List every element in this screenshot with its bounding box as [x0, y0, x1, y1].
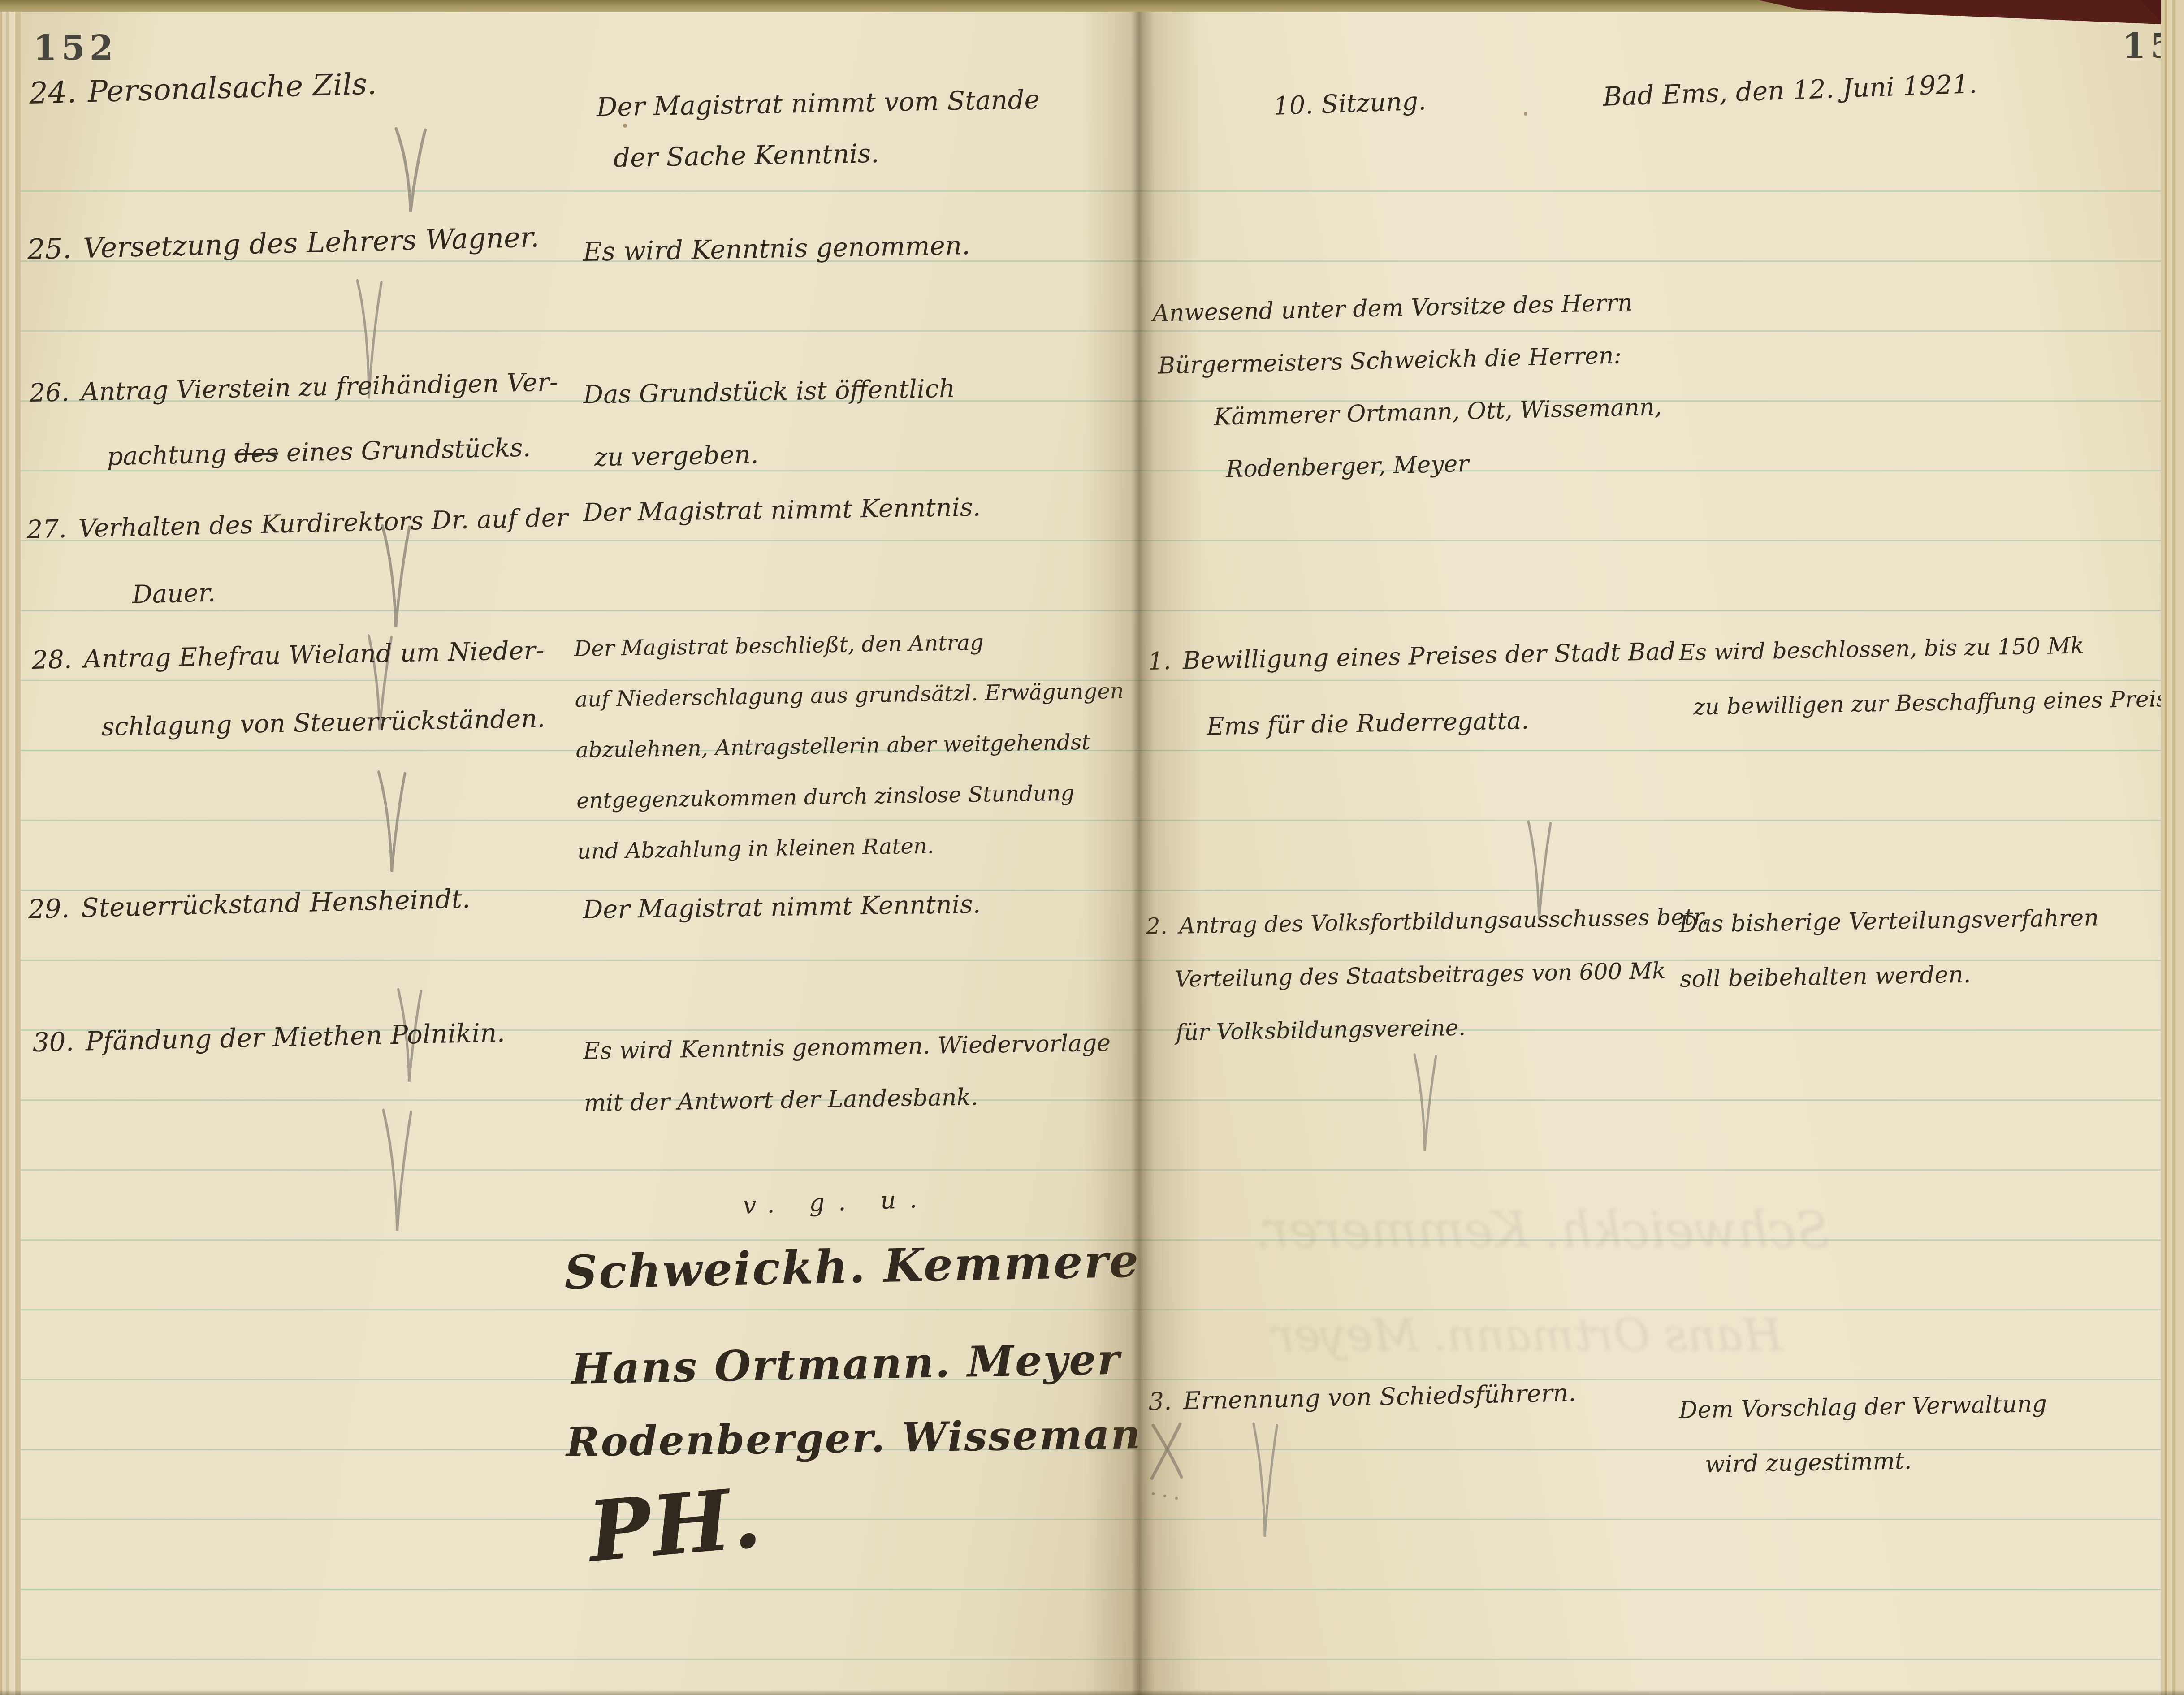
pencil-checkmark [393, 120, 428, 219]
agenda-item-27-topic: 27.Verhalten des Kurdirektors Dr. auf de… [26, 484, 571, 631]
agenda-item-1-topic: 1.Bewilligung eines Preises der Stadt Ba… [1147, 618, 1678, 761]
resolution-line: mit der Antwort der Landesbank. [584, 1069, 1112, 1129]
item-number: 28. [32, 645, 72, 675]
item-number: 3. [1148, 1387, 1172, 1416]
pencil-checkmark [1411, 1046, 1439, 1161]
topic-line: Verteilung des Staatsbeitrages von 600 M… [1174, 943, 1710, 1006]
resolution-line: Es wird beschlossen, bis zu 150 Mk [1678, 616, 2184, 680]
agenda-item-30-topic: 30.Pfändung der Miethen Polnikin. [32, 1017, 505, 1058]
page-stack-edge-left [0, 0, 21, 1695]
resolution-line: und Abzahlung in kleinen Raten. [577, 818, 1127, 877]
resolution-line: entgegenzukommen durch zinslose Stundung [576, 767, 1126, 826]
item-number: 1. [1148, 647, 1172, 675]
agenda-item-26-resolution: Das Grundstück ist öffentlich zu vergebe… [583, 358, 957, 489]
topic-line: Verhalten des Kurdirektors Dr. auf der [78, 503, 568, 544]
signature-row-1: Schweickh. Kemmerer. [564, 1233, 1179, 1300]
ink-bleedthrough: Schweickh. Kemmerer. [1255, 1201, 1829, 1258]
resolution-line: zu vergeben. [593, 420, 956, 489]
topic-line: Personalsache Zils. [87, 66, 377, 109]
item-number: 25. [27, 232, 72, 266]
resolution-line: Der Magistrat nimmt Kenntnis. [583, 493, 981, 528]
struck-word: des [234, 438, 279, 468]
topic-line: Pfändung der Miethen Polnikin. [85, 1017, 505, 1057]
agenda-item-24-resolution: Der Magistrat nimmt vom Stande der Sache… [596, 74, 1041, 184]
topic-line: Versetzung des Lehrers Wagner. [83, 221, 540, 264]
resolution-line: Dem Vorschlag der Verwaltung [1678, 1377, 2047, 1438]
resolution-line: Der Magistrat nimmt Kenntnis. [583, 890, 981, 925]
pencil-checkmark [376, 762, 407, 881]
agenda-item-30-resolution: Es wird Kenntnis genommen. Wiedervorlage… [583, 1017, 1112, 1129]
resolution-line: der Sache Kenntnis. [613, 125, 1041, 184]
paper-speck [623, 124, 627, 128]
agenda-item-29-resolution: Der Magistrat nimmt Kenntnis. [583, 890, 981, 925]
topic-line: schlagung von Steuerrückständen. [101, 685, 546, 761]
attendance-line: Rodenberger, Meyer [1225, 433, 1664, 496]
agenda-item-2-resolution: Das bisherige Verteilungsverfahren soll … [1678, 891, 2100, 1007]
agenda-item-25-resolution: Es wird Kenntnis genommen. [583, 230, 970, 267]
resolution-line: auf Niederschlagung aus grundsätzl. Erwä… [575, 666, 1124, 725]
resolution-line: Es wird Kenntnis genommen. [583, 230, 970, 267]
resolution-line: Das Grundstück ist öffentlich [583, 358, 956, 427]
item-number: 29. [28, 893, 70, 925]
signature-row-3: Rodenberger. Wissemann [566, 1410, 1172, 1466]
resolution-line: Der Magistrat beschließt, den Antrag [574, 615, 1124, 675]
ledger-spread: 152 24.Personalsache Zils. Der Magistrat… [0, 0, 2184, 1695]
item-number: 26. [29, 378, 69, 408]
agenda-item-24-topic: 24.Personalsache Zils. [29, 66, 377, 111]
item-number: 27. [26, 515, 67, 545]
agenda-item-1-resolution: Es wird beschlossen, bis zu 150 Mk zu be… [1678, 616, 2184, 735]
page-number-left: 152 [33, 28, 118, 68]
agenda-item-26-topic: 26.Antrag Vierstein zu freihändigen Ver-… [29, 350, 560, 491]
item-number: 30. [32, 1026, 74, 1058]
page-153: 153 10. Sitzung. Bad Ems, den 12. Juni 1… [1138, 0, 2161, 1695]
attendance-block: Anwesend unter dem Vorsitze des Herrn Bü… [1152, 276, 1664, 497]
page-stack-fore-edge [2161, 0, 2184, 1695]
pencil-cross-icon [1146, 1418, 1187, 1481]
signature-row-2: Hans Ortmann. Meyer [571, 1335, 1121, 1394]
resolution-line: Es wird Kenntnis genommen. Wiedervorlage [583, 1017, 1111, 1077]
pencil-dots [1152, 1492, 1155, 1495]
agenda-item-3-resolution: Dem Vorschlag der Verwaltung wird zugest… [1678, 1377, 2048, 1492]
topic-line: Antrag des Volksfortbildungsausschusses … [1179, 904, 1708, 939]
paper-speck [1524, 112, 1527, 116]
resolution-line: wird zugestimmt. [1704, 1431, 2048, 1492]
resolution-line: zu bewilligen zur Beschaffung eines Prei… [1693, 671, 2184, 735]
page-152: 152 24.Personalsache Zils. Der Magistrat… [21, 0, 1138, 1695]
paper-speck [921, 692, 925, 696]
agenda-item-29-topic: 29.Steuerrückstand Hensheindt. [28, 883, 471, 925]
signature-paraph: PH. [584, 1468, 766, 1581]
resolution-line: abzulehnen, Antragstellerin aber weitgeh… [575, 717, 1125, 776]
agenda-item-2-topic: 2.Antrag des Volksfortbildungsausschusse… [1146, 890, 1711, 1060]
topic-line: Bewilligung eines Preises der Stadt Bad [1182, 637, 1676, 675]
pencil-checkmark [380, 1098, 413, 1241]
item-number: 2. [1146, 913, 1168, 939]
topic-line: Ernennung von Schiedsführern. [1183, 1379, 1577, 1415]
session-title: 10. Sitzung. [1273, 86, 1427, 121]
topic-line: pachtung des eines Grundstücks. [106, 415, 560, 489]
resolution-line: Das bisherige Verteilungsverfahren [1678, 891, 2099, 952]
agenda-item-27-resolution: Der Magistrat nimmt Kenntnis. [583, 493, 981, 528]
agenda-item-28-resolution: Der Magistrat beschließt, den Antrag auf… [574, 615, 1127, 877]
closing-formula: v. g. u. [742, 1185, 931, 1219]
resolution-line: soll beibehalten werden. [1679, 945, 2100, 1007]
attendance-line: Kämmerer Ortmann, Ott, Wissemann, [1213, 381, 1662, 444]
topic-line: Antrag Vierstein zu freihändigen Ver- [81, 368, 558, 406]
topic-line: Steuerrückstand Hensheindt. [81, 883, 471, 923]
ink-bleedthrough: Hans Ortmann. Meyer [1273, 1309, 1782, 1361]
item-number: 24. [29, 75, 77, 111]
agenda-item-28-topic: 28.Antrag Ehefrau Wieland um Nieder- sch… [31, 617, 546, 763]
agenda-item-3-topic: 3.Ernennung von Schiedsführern. [1148, 1379, 1576, 1416]
dateline: Bad Ems, den 12. Juni 1921. [1602, 69, 1978, 112]
topic-line: für Volksbildungsvereine. [1175, 997, 1711, 1059]
resolution-line: Der Magistrat nimmt vom Stande [596, 74, 1040, 133]
agenda-item-25-topic: 25.Versetzung des Lehrers Wagner. [27, 221, 540, 266]
topic-line: Antrag Ehefrau Wieland um Nieder- [83, 636, 545, 674]
book-bottom-shadow [0, 1690, 2184, 1695]
topic-line: Ems für die Ruderregatta. [1206, 684, 1678, 760]
pencil-checkmark [1250, 1414, 1280, 1548]
